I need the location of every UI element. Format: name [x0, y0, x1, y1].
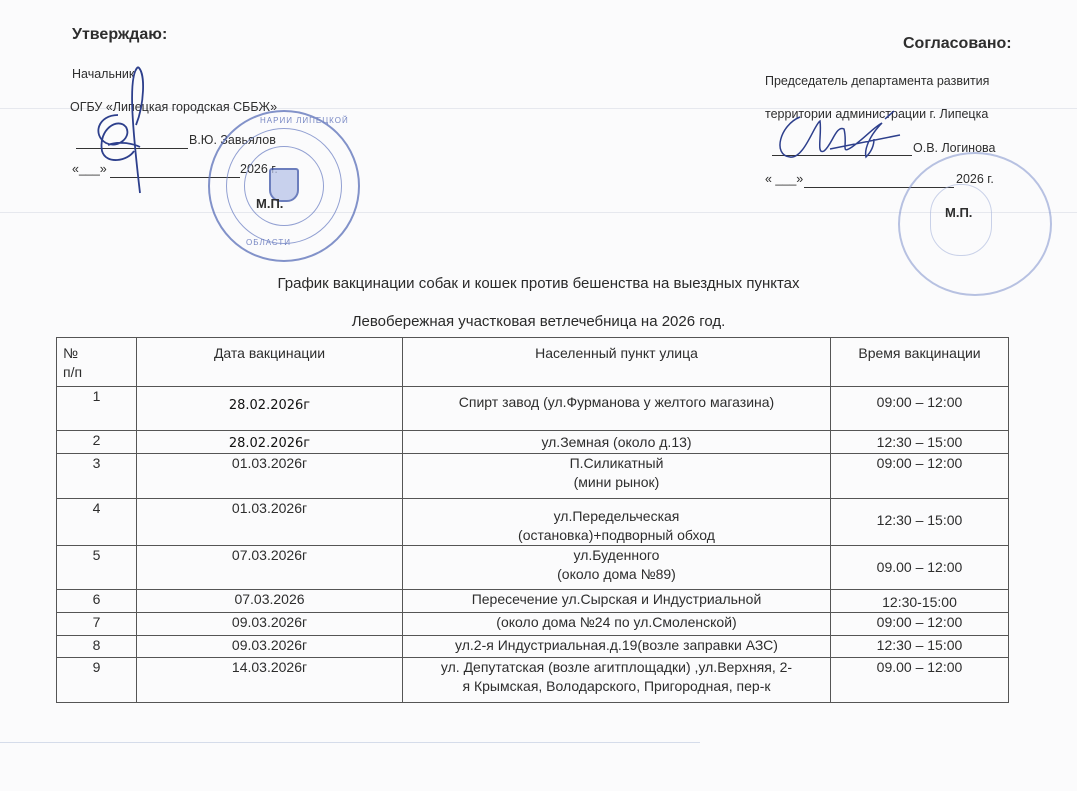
date-day-blank: « ___»: [765, 172, 803, 186]
table-row: 8 09.03.2026г ул.2-я Индустриальная.д.19…: [57, 636, 1009, 658]
row-place-line1: ул.Передельческая: [554, 508, 680, 524]
row-time: 12:30-15:00: [831, 590, 1009, 613]
row-number: 1: [57, 387, 137, 431]
table-row: 2 28.02.2026г ул.Земная (около д.13) 12:…: [57, 431, 1009, 454]
header-number-line1: №: [63, 345, 78, 361]
row-date: 01.03.2026г: [137, 499, 403, 546]
seal-label: М.П.: [256, 196, 283, 211]
vaccination-schedule-table: № п/п Дата вакцинации Населенный пункт у…: [56, 337, 1009, 703]
row-number: 9: [57, 658, 137, 703]
stamp-outer-text-bottom: ОБЛАСТИ: [246, 238, 291, 247]
row-date: 01.03.2026г: [137, 454, 403, 499]
row-place: ул. Депутатская (возле агитплощадки) ,ул…: [403, 658, 831, 703]
table-row: 1 28.02.2026г Спирт завод (ул.Фурманова …: [57, 387, 1009, 431]
row-time: 12:30 – 15:00: [831, 431, 1009, 454]
row-date: 28.02.2026г: [229, 398, 310, 413]
row-date: 07.03.2026: [137, 590, 403, 613]
row-place-line1: ул.Буденного: [574, 547, 660, 563]
signature-icon: [88, 65, 168, 195]
row-place-line1: П.Силикатный: [570, 455, 664, 471]
table-row: 3 01.03.2026г П.Силикатный (мини рынок) …: [57, 454, 1009, 499]
row-time: 09:00 – 12:00: [831, 454, 1009, 499]
row-place: Пересечение ул.Сырская и Индустриальной: [403, 590, 831, 613]
row-number: 5: [57, 546, 137, 590]
row-time: 09.00 – 12:00: [831, 658, 1009, 703]
signature-icon: [770, 105, 910, 165]
row-date: 28.02.2026г: [229, 436, 310, 451]
row-place: ул.2-я Индустриальная.д.19(возле заправк…: [403, 636, 831, 658]
header-number-line2: п/п: [63, 364, 82, 380]
row-number: 7: [57, 613, 137, 636]
row-place-line2: (около дома №89): [557, 566, 676, 582]
row-date: 09.03.2026г: [137, 613, 403, 636]
scan-artifact-line: [0, 742, 700, 743]
agreement-position-line1: Председатель департамента развития: [765, 74, 989, 88]
row-date: 14.03.2026г: [137, 658, 403, 703]
table-row: 9 14.03.2026г ул. Депутатская (возле аги…: [57, 658, 1009, 703]
row-place: (около дома №24 по ул.Смоленской): [403, 613, 831, 636]
agreement-heading: Согласовано:: [903, 35, 1012, 53]
document-title-line1: График вакцинации собак и кошек против б…: [0, 275, 1077, 292]
row-time: 09.00 – 12:00: [831, 546, 1009, 590]
stamp-outer-text: НАРИИ ЛИПЕЦКОЙ: [260, 116, 349, 125]
table-row: 7 09.03.2026г (около дома №24 по ул.Смол…: [57, 613, 1009, 636]
row-number: 6: [57, 590, 137, 613]
row-number: 2: [57, 431, 137, 454]
row-place: ул.Земная (около д.13): [403, 431, 831, 454]
row-time: 09:00 – 12:00: [831, 613, 1009, 636]
row-place: П.Силикатный (мини рынок): [403, 454, 831, 499]
header-date: Дата вакцинации: [137, 338, 403, 387]
row-place: Спирт завод (ул.Фурманова у желтого мага…: [403, 387, 831, 431]
row-time: 12:30 – 15:00: [831, 499, 1009, 546]
table-row: 4 01.03.2026г ул.Передельческая (останов…: [57, 499, 1009, 546]
row-time: 12:30 – 15:00: [831, 636, 1009, 658]
row-date: 07.03.2026г: [137, 546, 403, 590]
row-time: 09:00 – 12:00: [831, 387, 1009, 431]
header-number: № п/п: [57, 338, 137, 387]
row-place-line1: ул. Депутатская (возле агитплощадки) ,ул…: [441, 659, 792, 675]
table-header-row: № п/п Дата вакцинации Населенный пункт у…: [57, 338, 1009, 387]
row-place-line2: я Крымская, Володарского, Пригородная, п…: [463, 678, 771, 694]
row-number: 4: [57, 499, 137, 546]
row-place: ул.Передельческая (остановка)+подворный …: [403, 499, 831, 546]
row-place-line2: (остановка)+подворный обход: [518, 527, 715, 543]
row-number: 3: [57, 454, 137, 499]
approval-heading: Утверждаю:: [72, 26, 167, 44]
official-stamp: НАРИИ ЛИПЕЦКОЙ ОБЛАСТИ: [208, 110, 360, 262]
table-row: 5 07.03.2026г ул.Буденного (около дома №…: [57, 546, 1009, 590]
row-date: 09.03.2026г: [137, 636, 403, 658]
table-row: 6 07.03.2026 Пересечение ул.Сырская и Ин…: [57, 590, 1009, 613]
row-number: 8: [57, 636, 137, 658]
header-place: Населенный пункт улица: [403, 338, 831, 387]
header-time: Время вакцинации: [831, 338, 1009, 387]
document-title-line2: Левобережная участковая ветлечебница на …: [0, 313, 1077, 330]
row-place-line2: (мини рынок): [574, 474, 660, 490]
row-place: ул.Буденного (около дома №89): [403, 546, 831, 590]
